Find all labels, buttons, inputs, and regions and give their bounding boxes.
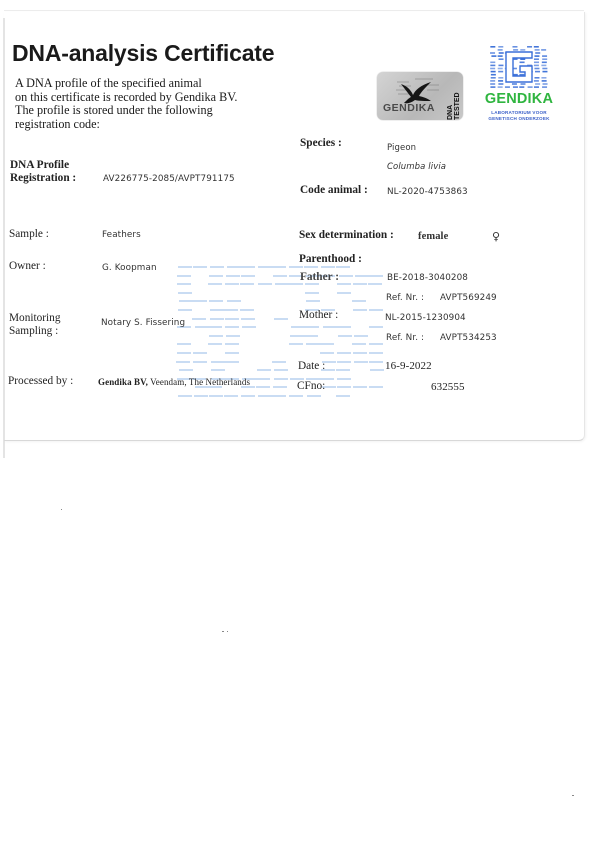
watermark-dash xyxy=(225,326,239,328)
watermark-dash xyxy=(304,335,318,337)
registration-label-1: DNA Profile xyxy=(10,159,69,171)
logo-subtitle: LABORATORIUM VOOR GENETISCH ONDERZOEK xyxy=(483,110,555,121)
intro-line: on this certificate is recorded by Gendi… xyxy=(15,91,275,105)
watermark-dash xyxy=(304,266,318,268)
watermark-dash xyxy=(240,283,254,285)
watermark-dash xyxy=(256,378,270,380)
watermark-dash xyxy=(210,309,224,311)
species-common: Pigeon xyxy=(387,143,416,153)
watermark-dash xyxy=(258,395,272,397)
intro-line: The profile is stored under the followin… xyxy=(15,104,275,118)
processed-location: Veendam, The Netherlands xyxy=(148,377,250,387)
watermark-dash xyxy=(336,266,350,268)
watermark-dash xyxy=(289,343,303,345)
watermark-dash xyxy=(370,369,384,371)
intro-text: A DNA profile of the specified animal on… xyxy=(15,77,275,132)
watermark-dash xyxy=(305,283,319,285)
watermark-dash xyxy=(192,318,206,320)
registration-label-2: Registration : xyxy=(10,172,76,184)
watermark-dash xyxy=(195,326,209,328)
watermark-dash xyxy=(337,292,351,294)
mother-value: NL-2015-1230904 xyxy=(385,313,466,323)
watermark-dash xyxy=(337,378,351,380)
watermark-dash xyxy=(193,266,207,268)
watermark-dash xyxy=(354,361,368,363)
watermark-dash xyxy=(257,369,271,371)
watermark-dash xyxy=(273,275,287,277)
date-value: 16-9-2022 xyxy=(385,360,432,372)
certificate-title: DNA-analysis Certificate xyxy=(12,40,274,67)
watermark-dash xyxy=(353,309,367,311)
watermark-dash xyxy=(177,352,191,354)
watermark-dash xyxy=(208,343,222,345)
logo-name: GENDIKA xyxy=(483,92,555,107)
watermark-dash xyxy=(289,395,303,397)
watermark-dash xyxy=(178,395,192,397)
watermark-dash xyxy=(179,300,193,302)
watermark-dash xyxy=(177,275,191,277)
watermark-dash xyxy=(323,326,337,328)
watermark-dash xyxy=(338,335,352,337)
watermark-dash xyxy=(305,292,319,294)
gendika-g-logo-icon xyxy=(488,44,550,90)
watermark-dash xyxy=(353,386,367,388)
watermark-dash xyxy=(178,292,192,294)
registration-value: AV226775-2085/AVPT791175 xyxy=(103,174,235,184)
intro-line: A DNA profile of the specified animal xyxy=(15,77,275,91)
watermark-dash xyxy=(339,275,353,277)
watermark-dash xyxy=(369,275,383,277)
watermark-dash xyxy=(178,309,192,311)
watermark-dash xyxy=(353,352,367,354)
watermark-dash xyxy=(274,378,288,380)
watermark-dash xyxy=(272,361,286,363)
species-latin: Columba livia xyxy=(387,162,446,172)
watermark-dash xyxy=(337,326,351,328)
badge-brand: GENDIKA xyxy=(383,102,435,114)
watermark-dash xyxy=(210,266,224,268)
watermark-dash xyxy=(354,335,368,337)
watermark-dash xyxy=(369,343,383,345)
cfno-value: 632555 xyxy=(431,381,465,393)
mother-label: Mother : xyxy=(299,309,338,321)
watermark-dash xyxy=(369,361,383,363)
logo-subtitle-line: GENETISCH ONDERZOEK xyxy=(483,116,555,122)
watermark-dash xyxy=(210,318,224,320)
scan-speck xyxy=(572,795,574,796)
watermark-dash xyxy=(193,300,207,302)
watermark-dash xyxy=(273,386,287,388)
date-label: Date : xyxy=(298,360,325,372)
watermark-dash xyxy=(305,326,319,328)
watermark-dash xyxy=(227,266,241,268)
watermark-dash xyxy=(289,266,303,268)
watermark-dash xyxy=(225,318,239,320)
watermark-dash xyxy=(177,283,191,285)
watermark-dash xyxy=(176,361,190,363)
monitoring-value: Notary S. Fissering xyxy=(101,318,185,328)
cfno-label: CFno: xyxy=(297,380,325,392)
watermark-dash xyxy=(224,309,238,311)
watermark-dash xyxy=(240,309,254,311)
watermark-dash xyxy=(352,343,366,345)
processed-label: Processed by : xyxy=(8,375,73,387)
watermark-dash xyxy=(369,386,383,388)
father-value: BE-2018-3040208 xyxy=(387,273,468,283)
mother-ref-label: Ref. Nr. : xyxy=(386,333,424,343)
watermark-dash xyxy=(241,395,255,397)
sex-value: female xyxy=(418,231,448,242)
watermark-dash xyxy=(256,386,270,388)
watermark-dash xyxy=(337,352,351,354)
watermark-dash xyxy=(226,335,240,337)
watermark-dash xyxy=(369,326,383,328)
father-label: Father : xyxy=(300,271,339,283)
watermark-dash xyxy=(211,369,225,371)
watermark-dash xyxy=(209,275,223,277)
watermark-dash xyxy=(274,369,288,371)
processed-company: Gendika BV, xyxy=(98,377,148,387)
parenthood-label: Parenthood : xyxy=(299,253,362,265)
code-animal-label: Code animal : xyxy=(300,184,368,196)
watermark-dash xyxy=(258,283,272,285)
watermark-dash xyxy=(275,283,289,285)
watermark-dash xyxy=(193,352,207,354)
watermark-dash xyxy=(225,343,239,345)
watermark-dash xyxy=(320,352,334,354)
watermark-dash xyxy=(321,266,335,268)
sample-value: Feathers xyxy=(102,230,141,240)
owner-label: Owner : xyxy=(9,260,46,272)
watermark-dash xyxy=(241,275,255,277)
processed-value: Gendika BV, Veendam, The Netherlands xyxy=(98,377,250,387)
watermark-dash xyxy=(258,266,272,268)
watermark-dash xyxy=(336,395,350,397)
watermark-dash xyxy=(368,283,382,285)
monitoring-label-2: Sampling : xyxy=(9,325,58,337)
monitoring-label-1: Monitoring xyxy=(9,312,60,324)
badge-dna-tested: DNA TESTED xyxy=(447,76,461,120)
watermark-dash xyxy=(274,318,288,320)
father-ref-label: Ref. Nr. : xyxy=(386,293,424,303)
watermark-dash xyxy=(208,283,222,285)
watermark-dash xyxy=(225,283,239,285)
gendika-logo: GENDIKA LABORATORIUM VOOR GENETISCH ONDE… xyxy=(483,44,555,126)
watermark-dash xyxy=(337,361,351,363)
watermark-dash xyxy=(290,335,304,337)
watermark-dash xyxy=(306,343,320,345)
page-top-edge xyxy=(4,10,584,11)
watermark-dash xyxy=(179,369,193,371)
logo-subtitle-line: LABORATORIUM VOOR xyxy=(483,110,555,116)
watermark-dash xyxy=(209,335,223,337)
watermark-dash xyxy=(272,395,286,397)
watermark-dash xyxy=(355,275,369,277)
watermark-dash xyxy=(289,283,303,285)
watermark-dash xyxy=(369,309,383,311)
watermark-dash xyxy=(208,326,222,328)
watermark-dash xyxy=(242,326,256,328)
watermark-dash xyxy=(178,266,192,268)
watermark-dash xyxy=(177,343,191,345)
female-symbol-icon: ♀ xyxy=(492,230,500,243)
scan-speck xyxy=(222,631,224,632)
watermark-dash xyxy=(337,386,351,388)
watermark-dash xyxy=(225,361,239,363)
intro-line: registration code: xyxy=(15,118,275,132)
watermark-dash xyxy=(193,361,207,363)
watermark-dash xyxy=(352,300,366,302)
watermark-dash xyxy=(224,395,238,397)
watermark-dash xyxy=(225,352,239,354)
watermark-dash xyxy=(227,300,241,302)
watermark-dash xyxy=(211,361,225,363)
watermark-dash xyxy=(353,283,367,285)
watermark-dash xyxy=(320,343,334,345)
species-label: Species : xyxy=(300,137,342,149)
scan-speck xyxy=(61,509,62,510)
mother-ref-value: AVPT534253 xyxy=(440,333,497,343)
watermark-dash xyxy=(194,395,208,397)
watermark-dash xyxy=(241,318,255,320)
watermark-dash xyxy=(209,395,223,397)
father-ref-value: AVPT569249 xyxy=(440,293,497,303)
watermark-dash xyxy=(336,369,350,371)
sex-label: Sex determination : xyxy=(299,229,394,241)
code-animal-value: NL-2020-4753863 xyxy=(387,187,468,197)
watermark-dash xyxy=(209,300,223,302)
watermark-dash xyxy=(241,266,255,268)
watermark-dash xyxy=(272,266,286,268)
watermark-dash xyxy=(226,275,240,277)
scan-speck xyxy=(227,631,228,632)
watermark-dash xyxy=(306,300,320,302)
watermark-dash xyxy=(337,283,351,285)
watermark-dash xyxy=(291,326,305,328)
watermark-dash xyxy=(307,395,321,397)
sample-label: Sample : xyxy=(9,228,49,240)
watermark-dash xyxy=(369,352,383,354)
owner-value: G. Koopman xyxy=(102,263,157,273)
dna-tested-badge: GENDIKA DNA TESTED xyxy=(377,72,463,120)
